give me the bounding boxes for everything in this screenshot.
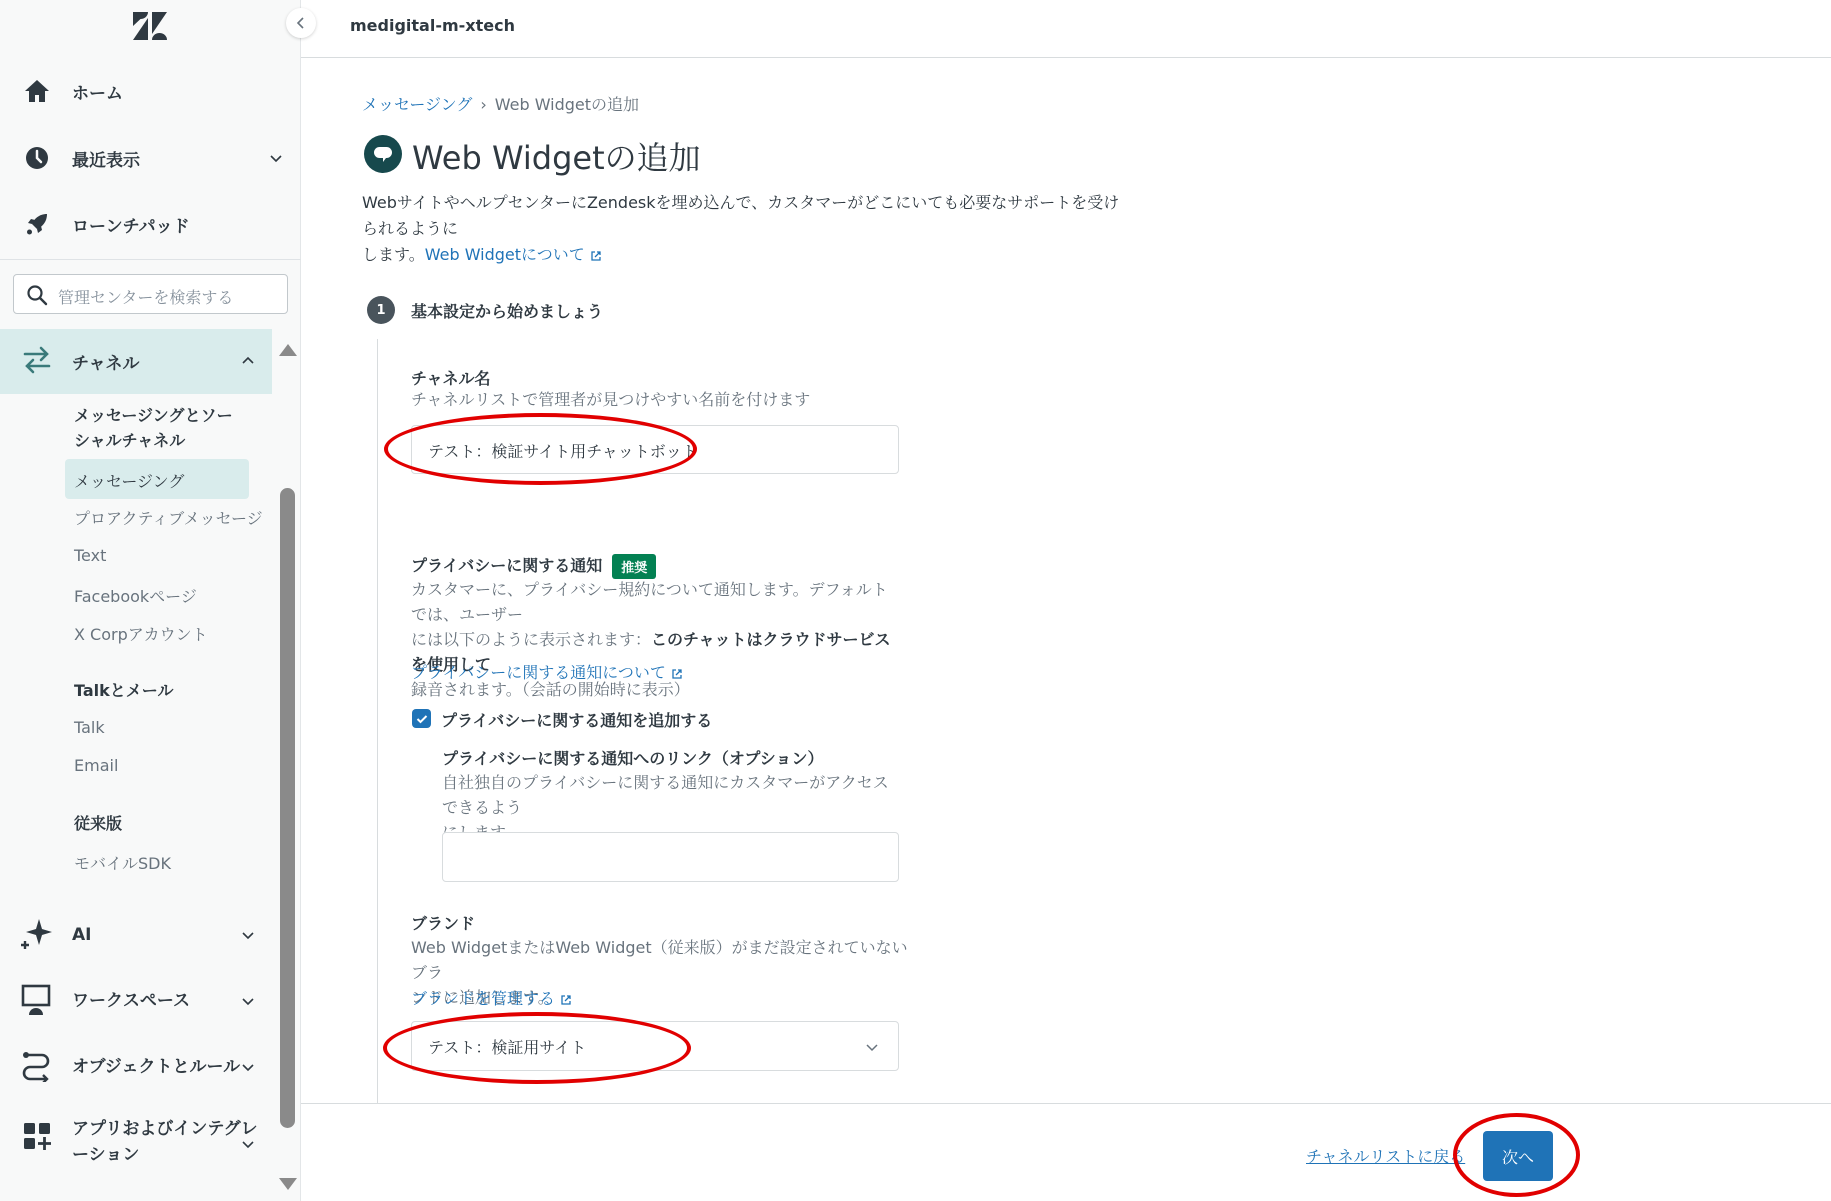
- sidebar-subitem-x-corp[interactable]: X Corpアカウント: [74, 622, 208, 645]
- privacy-link-label: プライバシーに関する通知へのリンク（オプション）: [442, 746, 823, 769]
- step-title: 基本設定から始めましょう: [411, 299, 603, 322]
- scrollbar-thumb[interactable]: [280, 488, 295, 1128]
- sidebar-item-launchpad[interactable]: ローンチパッド: [0, 199, 301, 249]
- top-header: [301, 0, 1831, 58]
- sidebar-item-label: ホーム: [72, 79, 123, 104]
- privacy-notice-hint: カスタマーに、プライバシー規約について通知します。デフォルトでは、ユーザーには以…: [411, 577, 901, 702]
- channel-name-label: チャネル名: [411, 366, 491, 389]
- footer-divider: [301, 1103, 1831, 1104]
- channel-name-input[interactable]: テスト：検証サイト用チャットボット: [411, 425, 899, 474]
- sidebar-subitem-text[interactable]: Text: [74, 546, 106, 565]
- step-connector-line: [377, 339, 378, 1103]
- sidebar-item-label: アプリおよびインテグレーション: [72, 1116, 258, 1168]
- sidebar-subitem-facebook[interactable]: Facebookページ: [74, 584, 197, 607]
- channel-name-value: テスト：検証サイト用チャットボット: [428, 439, 698, 462]
- external-link-icon: [590, 250, 602, 262]
- sidebar-item-workspaces[interactable]: ワークスペース: [0, 976, 272, 1026]
- sparkle-icon: [20, 917, 54, 951]
- sidebar-group-heading-messaging-social: メッセージングとソーシャルチャネル: [74, 403, 244, 453]
- breadcrumb-current: Web Widgetの追加: [495, 95, 639, 114]
- sidebar-subitem-proactive-messages[interactable]: プロアクティブメッセージ: [74, 506, 263, 529]
- checkmark-icon: [416, 714, 428, 724]
- sidebar-subitem-email[interactable]: Email: [74, 756, 118, 775]
- sidebar-group-heading-talk-email: Talkとメール: [74, 678, 244, 703]
- chevron-down-icon[interactable]: [238, 925, 258, 945]
- recommended-badge: 推奨: [612, 554, 656, 579]
- chevron-down-icon: [864, 1039, 880, 1055]
- brand-label: ブランド: [411, 911, 475, 934]
- breadcrumb: メッセージング›Web Widgetの追加: [362, 92, 639, 115]
- arrows-swap-icon: [22, 345, 52, 375]
- chevron-down-icon[interactable]: [238, 1057, 258, 1077]
- step-number-badge: 1: [367, 296, 395, 324]
- web-widget-icon: [364, 135, 402, 173]
- page-title: Web Widgetの追加: [412, 133, 701, 179]
- admin-search-input[interactable]: 管理センターを検索する: [13, 274, 288, 314]
- privacy-notice-heading: プライバシーに関する通知推奨: [411, 553, 656, 579]
- page-description: WebサイトやヘルプセンターにZendeskを埋め込んで、カスタマーがどこにいて…: [362, 190, 1122, 268]
- clock-icon: [23, 144, 51, 172]
- scrollbar-up-arrow[interactable]: [279, 344, 297, 356]
- sidebar-item-label: 最近表示: [72, 146, 140, 171]
- chevron-up-icon[interactable]: [238, 351, 258, 371]
- sidebar-item-label: AI: [72, 922, 91, 948]
- apps-add-icon: [23, 1122, 51, 1150]
- add-privacy-notice-label[interactable]: プライバシーに関する通知を追加する: [441, 708, 712, 731]
- sidebar-divider: [0, 259, 301, 260]
- search-icon: [26, 284, 48, 306]
- chevron-down-icon[interactable]: [238, 1134, 258, 1154]
- chevron-down-icon[interactable]: [266, 148, 286, 168]
- sidebar-item-label: ワークスペース: [72, 988, 190, 1014]
- sidebar-group-heading-legacy: 従来版: [74, 811, 244, 836]
- sidebar-item-channels[interactable]: チャネル: [0, 329, 272, 394]
- rocket-icon: [23, 210, 51, 238]
- external-link-icon: [560, 994, 572, 1006]
- monitor-icon: [21, 984, 51, 1016]
- add-privacy-notice-checkbox[interactable]: [412, 709, 431, 728]
- sidebar: ホーム 最近表示 ローンチパッド 管理センターを検索する チャネル メッセージン…: [0, 0, 301, 1201]
- route-icon: [20, 1050, 52, 1082]
- sidebar-item-label: チャネル: [72, 349, 140, 374]
- search-placeholder: 管理センターを検索する: [58, 285, 233, 308]
- next-button[interactable]: 次へ: [1483, 1131, 1553, 1181]
- sidebar-subitem-mobile-sdk[interactable]: モバイルSDK: [74, 851, 171, 874]
- back-to-channel-list-link[interactable]: チャネルリストに戻る: [1306, 1144, 1465, 1167]
- organization-name: medigital-m-xtech: [350, 16, 515, 35]
- external-link-icon: [671, 668, 683, 680]
- sidebar-item-recent[interactable]: 最近表示: [0, 133, 301, 183]
- sidebar-subitem-messaging[interactable]: メッセージング: [74, 469, 184, 492]
- sidebar-item-label: ローンチパッド: [72, 212, 190, 237]
- sidebar-item-home[interactable]: ホーム: [0, 66, 301, 116]
- collapse-sidebar-button[interactable]: [286, 8, 316, 38]
- channel-name-hint: チャネルリストで管理者が見つけやすい名前を付けます: [411, 387, 810, 412]
- chevron-down-icon[interactable]: [238, 991, 258, 1011]
- chevron-left-icon: [295, 16, 307, 30]
- scrollbar-down-arrow[interactable]: [279, 1178, 297, 1190]
- privacy-link-input[interactable]: [442, 832, 899, 882]
- brand-select[interactable]: テスト：検証用サイト: [411, 1021, 899, 1071]
- home-icon: [23, 77, 51, 105]
- sidebar-item-apps-integrations[interactable]: アプリおよびインテグレーション: [0, 1112, 272, 1176]
- sidebar-item-objects-rules[interactable]: オブジェクトとルール: [0, 1042, 272, 1092]
- sidebar-item-label: オブジェクトとルール: [72, 1054, 240, 1080]
- web-widget-about-link[interactable]: Web Widgetについて: [425, 245, 602, 264]
- privacy-notice-about-link[interactable]: プライバシーに関する通知について: [411, 660, 683, 683]
- breadcrumb-separator: ›: [480, 95, 486, 114]
- zendesk-logo-icon[interactable]: [133, 12, 167, 40]
- manage-brands-link[interactable]: ブランドを管理する: [411, 986, 572, 1009]
- sidebar-subitem-talk[interactable]: Talk: [74, 718, 105, 737]
- sidebar-item-ai[interactable]: AI: [0, 910, 272, 960]
- breadcrumb-link-messaging[interactable]: メッセージング: [362, 95, 472, 114]
- brand-selected-value: テスト：検証用サイト: [428, 1035, 586, 1058]
